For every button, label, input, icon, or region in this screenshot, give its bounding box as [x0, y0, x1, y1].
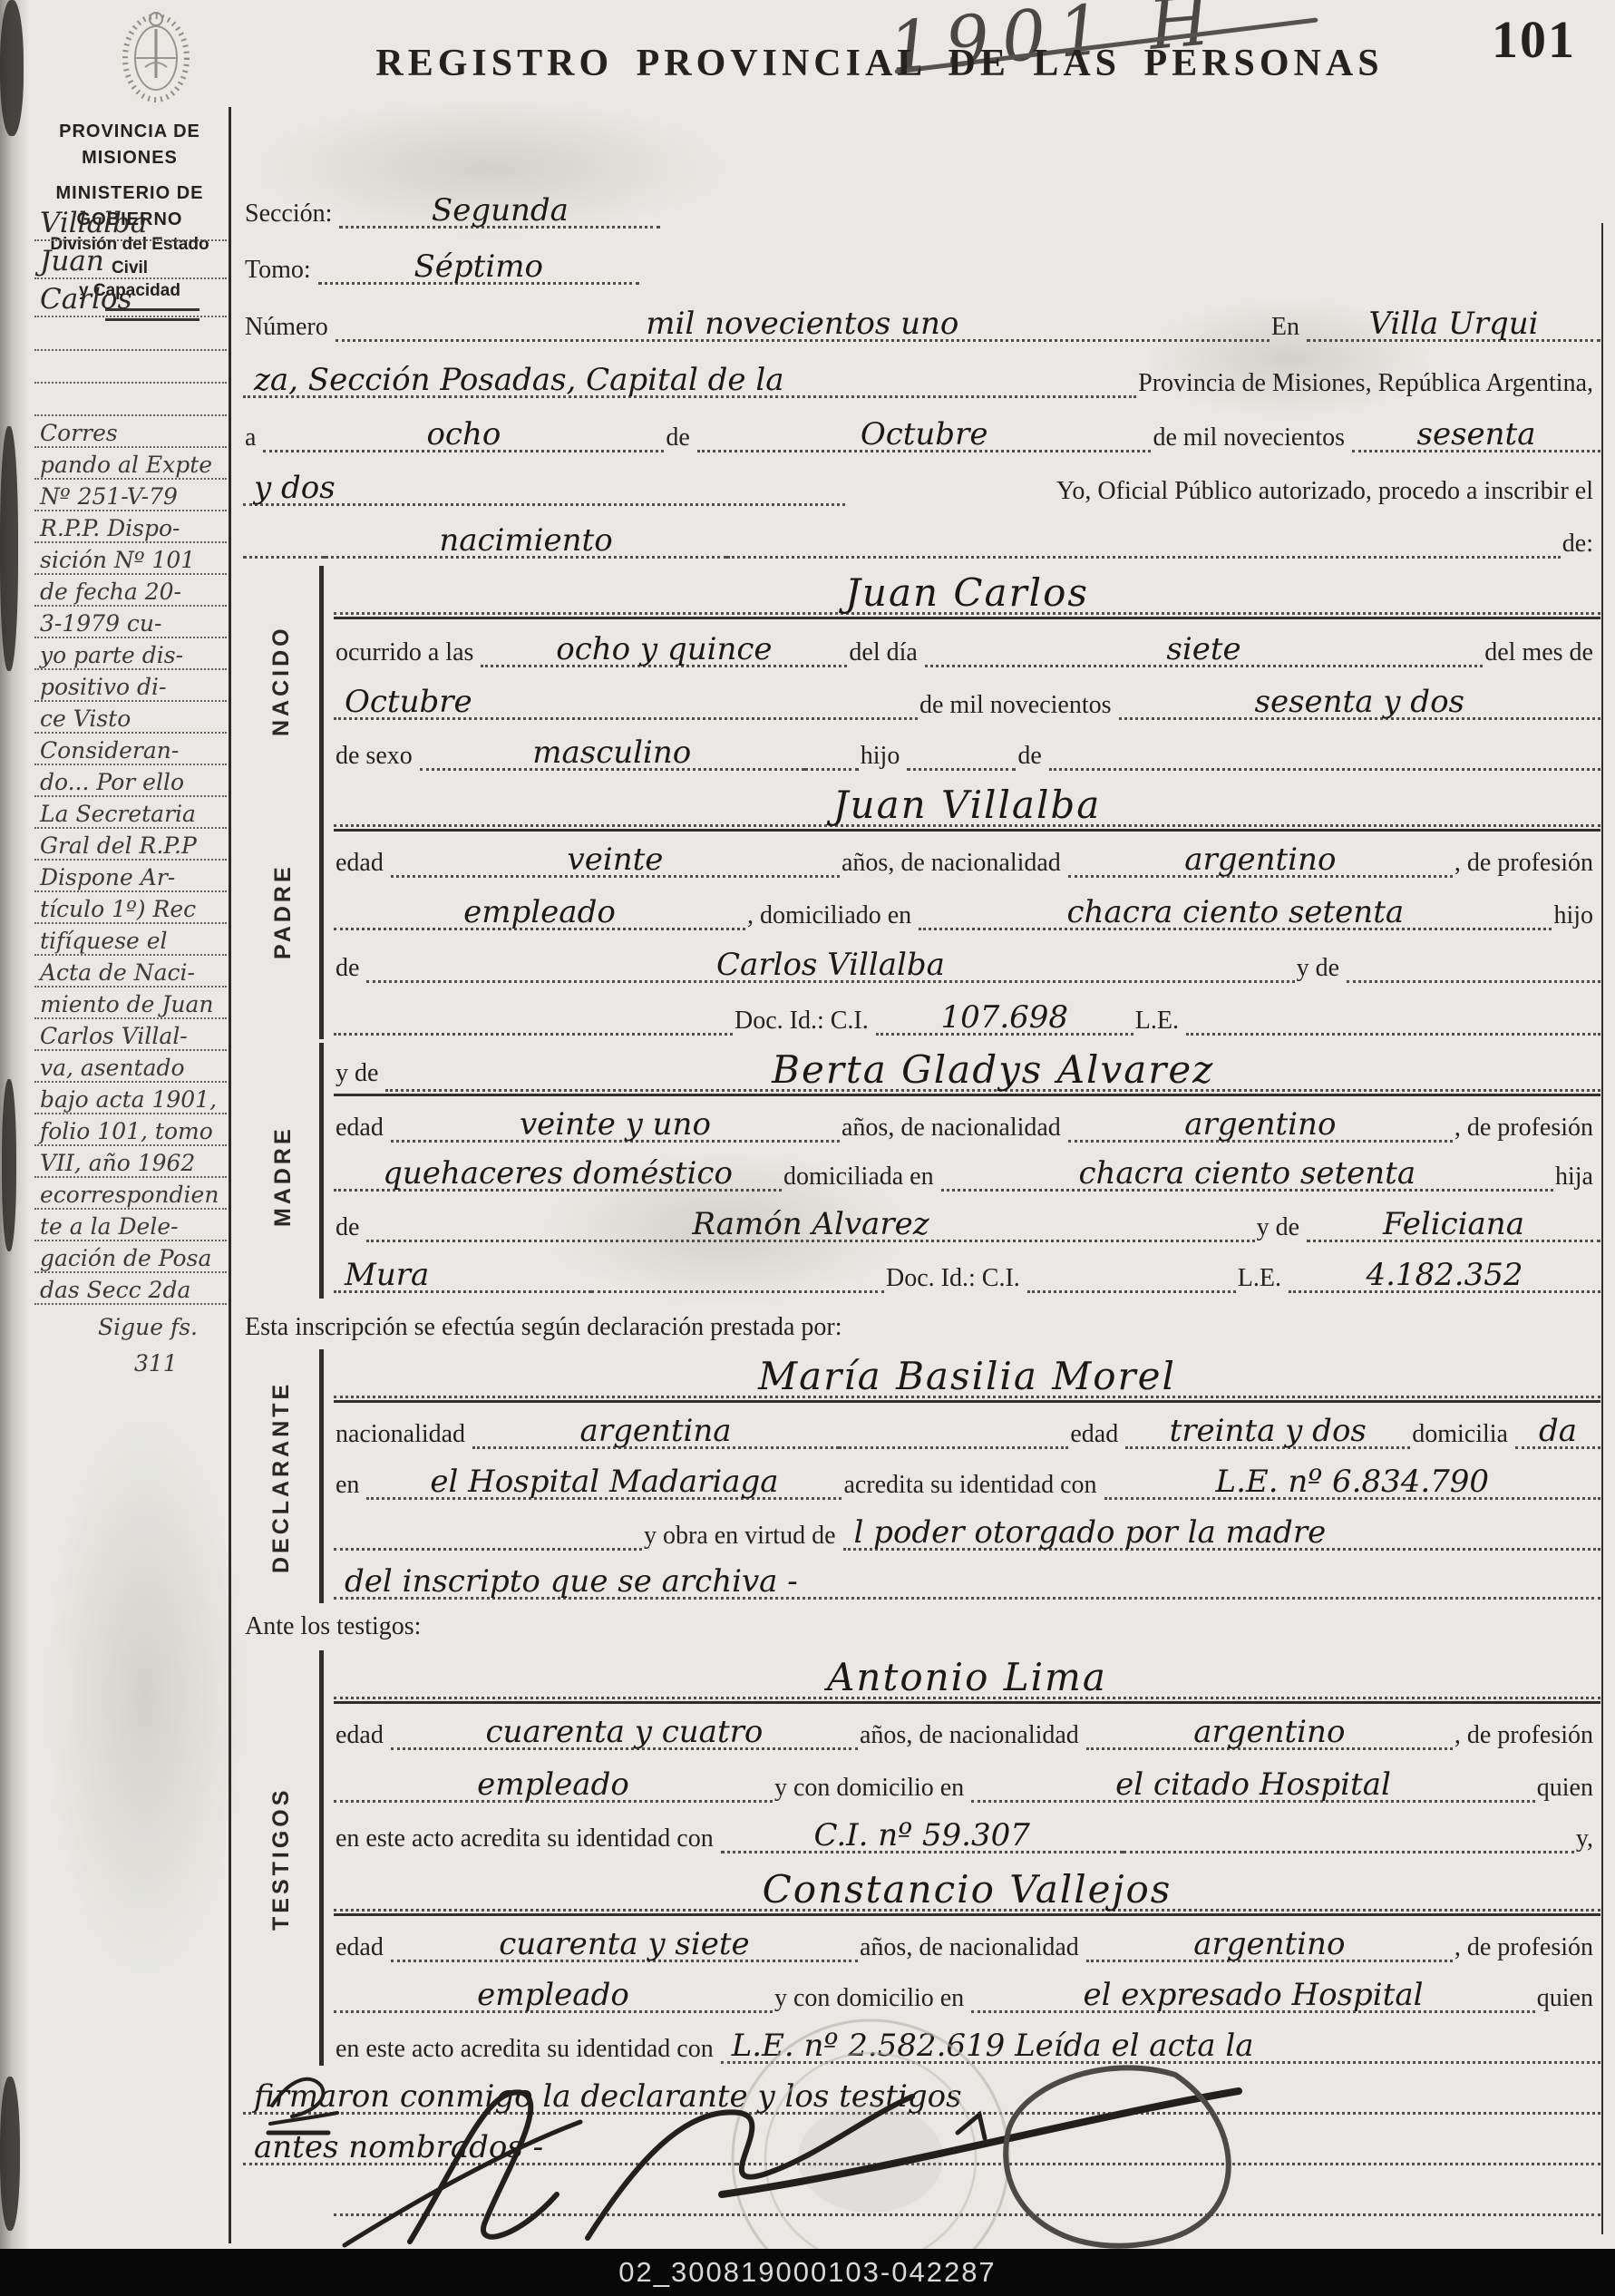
maternal-grandfather-value: Ramón Alvarez	[366, 1209, 1254, 1242]
maternal-grandmother-value-part1: Feliciana	[1307, 1209, 1600, 1242]
row-signature-line	[334, 2169, 1600, 2216]
dotted-fill	[1347, 980, 1600, 983]
dotted-fill	[243, 556, 325, 559]
row-numero: Número mil novecientos uno En Villa Urqu…	[243, 295, 1600, 342]
nacionalidad-label: años, de nacionalidad	[858, 1722, 1086, 1750]
row-father-name: Juan Villalba	[334, 774, 1600, 827]
row-closing-line1: firmaron conmigo la declarante y los tes…	[243, 2067, 1600, 2115]
profesion-label: , de profesión	[1453, 1114, 1600, 1143]
de-mil-novecientos-label: de mil novecientos	[918, 692, 1119, 720]
day-value: ocho	[263, 419, 664, 452]
scanned-birth-certificate: 101 1901 H REGISTRO PROVINCIAL DE LAS PE…	[0, 0, 1615, 2296]
document-title: REGISTRO PROVINCIAL DE LAS PERSONAS	[290, 42, 1469, 85]
profesion-label: , de profesión	[1453, 1722, 1600, 1750]
section-label-padre: PADRE	[270, 798, 297, 1025]
a-label: a	[243, 424, 263, 452]
row-witness2-name: Constancio Vallejos	[334, 1859, 1600, 1912]
row-declarant-authority: y obra en virtud de l poder otorgado por…	[334, 1503, 1600, 1551]
de-colon-label: de:	[1561, 530, 1600, 559]
witnesses-intro-label: Ante los testigos:	[243, 1613, 428, 1641]
margin-note: bajo acta 1901,	[34, 1083, 227, 1114]
dotted-fill	[907, 768, 1016, 771]
profesion-label: , de profesión	[1453, 850, 1600, 878]
margin-note: Acta de Naci-	[34, 956, 227, 987]
declarant-domicile-value: el Hospital Madariaga	[366, 1466, 842, 1500]
declaration-intro-label: Esta inscripción se efectúa según declar…	[243, 1314, 850, 1342]
row-birth-time: ocurrido a las ocho y quince del día sie…	[334, 620, 1600, 667]
margin-note: de fecha 20-	[34, 575, 227, 607]
section-label-declarante: DECLARANTE	[268, 1351, 295, 1603]
le-label: L.E.	[1133, 1007, 1186, 1036]
del-mes-label: del mes de	[1483, 639, 1600, 667]
row-witness1-document: en este acto acredita su identidad con C…	[334, 1806, 1600, 1853]
row-witness1-age-nationality: edad cuarenta y cuatro años, de nacional…	[334, 1703, 1600, 1750]
row-mother-age-nationality: edad veinte y uno años, de nacionalidad …	[334, 1095, 1600, 1143]
scan-blotch	[0, 426, 18, 671]
acredita-label: acredita su identidad con	[842, 1472, 1104, 1500]
margin-note: Consideran-	[34, 734, 227, 765]
year-value-part1: sesenta	[1352, 419, 1600, 452]
dotted-fill	[334, 2213, 1600, 2216]
padre-section-bar	[319, 778, 324, 1039]
row-witness1-name: Antonio Lima	[334, 1647, 1600, 1699]
margin-note: tículo 1º) Rec	[34, 892, 227, 924]
closing-statement2-value: antes nombrados -	[243, 2132, 736, 2165]
margin-note: VII, año 1962	[34, 1146, 227, 1178]
de-sexo-label: de sexo	[334, 743, 420, 771]
margin-note: Gral del R.P.P	[34, 829, 227, 861]
margin-note: folio 101, tomo	[34, 1114, 227, 1146]
name-double-rule	[334, 617, 1600, 619]
margin-note: gación de Posa	[34, 1241, 227, 1273]
nacido-section-bar	[319, 566, 324, 782]
mother-le-value: 4.182.352	[1289, 1260, 1600, 1293]
tomo-value: Séptimo	[318, 251, 639, 285]
margin-note: Corres	[34, 416, 227, 448]
margin-note: do... Por ello	[34, 765, 227, 797]
witness2-nationality-value: argentino	[1086, 1929, 1453, 1962]
section-label-testigos: TESTIGOS	[268, 1723, 295, 1995]
en-label: en	[334, 1472, 366, 1500]
ocurrido-label: ocurrido a las	[334, 639, 481, 667]
hijo-label: hijo	[1552, 902, 1600, 930]
tomo-label: Tomo:	[243, 257, 318, 285]
dotted-fill	[1027, 1290, 1236, 1293]
numero-value: mil novecientos uno	[336, 308, 1270, 342]
birth-day-value: siete	[925, 634, 1483, 667]
mother-age-value: veinte y uno	[391, 1109, 840, 1143]
row-mother-document: Mura Doc. Id.: C.I. L.E. 4.182.352	[334, 1246, 1600, 1293]
mother-name-value: Berta Gladys Alvarez	[385, 1051, 1600, 1092]
edad-label: edad	[334, 1722, 391, 1750]
province-label: Provincia de Misiones, República Argenti…	[1136, 370, 1600, 398]
row-mother-grandparents: de Ramón Alvarez y de Feliciana	[334, 1195, 1600, 1242]
scan-blotch	[0, 2077, 20, 2231]
dotted-fill	[1124, 1851, 1574, 1853]
maternal-grandmother-value-part2: Mura	[334, 1260, 591, 1293]
de-label: de	[664, 424, 696, 452]
scan-blotch	[0, 0, 24, 136]
row-declaration-intro: Esta inscripción se efectúa según declar…	[243, 1295, 1600, 1342]
hijo-label: hijo	[859, 743, 908, 771]
declarant-age-value: treinta y dos	[1125, 1416, 1410, 1449]
year-value-part2: y dos	[243, 472, 845, 506]
margin-note: 3-1979 cu-	[34, 607, 227, 638]
hija-label: hija	[1553, 1163, 1600, 1192]
dotted-fill	[727, 556, 1561, 559]
domicilia-suffix-value: da	[1515, 1416, 1600, 1449]
page-number: 101	[1492, 9, 1576, 70]
margin-note: R.P.P. Dispo-	[34, 511, 227, 543]
row-year-official: y dos Yo, Oficial Público autorizado, pr…	[243, 459, 1600, 506]
row-witnesses-intro: Ante los testigos:	[243, 1594, 1600, 1641]
father-name-value: Juan Villalba	[334, 786, 1600, 827]
domiciliada-label: domiciliada en	[782, 1163, 941, 1192]
margin-note: Carlos Villal-	[34, 1019, 227, 1051]
margin-note: 311	[34, 1345, 227, 1377]
declarante-section-bar	[319, 1349, 324, 1603]
row-father-age-nationality: edad veinte años, de nacionalidad argent…	[334, 831, 1600, 878]
seccion-label: Sección:	[243, 200, 339, 229]
margin-note: ecorrespondien	[34, 1178, 227, 1210]
margin-note: miento de Juan	[34, 987, 227, 1019]
dotted-fill	[1186, 1033, 1600, 1036]
section-label-nacido: NACIDO	[268, 586, 295, 776]
del-dia-label: del día	[847, 639, 924, 667]
margin-note: Nº 251-V-79	[34, 480, 227, 511]
margin-name-line: Villalba	[34, 205, 227, 241]
witness2-document-value: L.E. nº 2.582.619 Leída el acta la	[721, 2030, 1600, 2064]
declarant-document-value: L.E. nº 6.834.790	[1104, 1466, 1600, 1500]
row-date: a ocho de Octubre de mil novecientos ses…	[243, 405, 1600, 452]
witness1-nationality-value: argentino	[1086, 1717, 1453, 1750]
father-nationality-value: argentino	[1068, 844, 1453, 878]
con-domicilio-label: y con domicilio en	[773, 1775, 971, 1803]
margin-note: das Secc 2da	[34, 1273, 227, 1305]
y-de-label: y de	[1295, 955, 1347, 983]
edad-label: edad	[1068, 1421, 1125, 1449]
father-domicile-value: chacra ciento setenta	[919, 897, 1552, 930]
witness1-document-value: C.I. nº 59.307	[721, 1820, 1124, 1853]
row-event-type: nacimiento de:	[243, 511, 1600, 559]
quien-label: quien	[1535, 1775, 1600, 1803]
margin-note: yo parte dis-	[34, 638, 227, 670]
dotted-fill	[804, 768, 859, 771]
nacionalidad-label: años, de nacionalidad	[840, 1114, 1068, 1143]
margin-empty-line	[34, 384, 227, 416]
row-seccion: Sección: Segunda	[243, 181, 1600, 229]
witness1-domicile-value: el citado Hospital	[971, 1769, 1535, 1803]
row-tomo: Tomo: Séptimo	[243, 238, 1600, 285]
dotted-fill	[334, 1548, 642, 1551]
margin-note: tifíquese el	[34, 924, 227, 956]
witness1-name-value: Antonio Lima	[334, 1659, 1600, 1699]
doc-id-ci-label: Doc. Id.: C.I.	[884, 1265, 1027, 1293]
margin-name-line: Juan	[34, 243, 227, 279]
paternal-grandfather-value: Carlos Villalba	[366, 949, 1294, 983]
y-de-label: y de	[1255, 1214, 1307, 1242]
margin-note: va, asentado	[34, 1051, 227, 1083]
witness1-profession-value: empleado	[334, 1769, 773, 1803]
con-domicilio-label: y con domicilio en	[773, 1985, 971, 2013]
mother-nationality-value: argentino	[1068, 1109, 1453, 1143]
province-name: PROVINCIA DE MISIONES	[33, 119, 227, 171]
margin-note: Dispone Ar-	[34, 861, 227, 892]
seccion-value: Segunda	[339, 195, 660, 229]
row-place-continuation: za, Sección Posadas, Capital de la Provi…	[243, 351, 1600, 398]
right-edge-rule	[1601, 223, 1603, 2234]
row-child-name: Juan Carlos	[334, 562, 1600, 615]
margin-note: pando al Expte	[34, 448, 227, 480]
place-value-line2: za, Sección Posadas, Capital de la	[243, 365, 1136, 398]
place-value-line1: Villa Urqui	[1307, 308, 1600, 342]
nacionalidad-label: años, de nacionalidad	[858, 1934, 1086, 1962]
row-declarant-domicile-id: en el Hospital Madariaga acredita su ide…	[334, 1453, 1600, 1500]
row-father-profession-domicile: empleado , domiciliado en chacra ciento …	[334, 883, 1600, 930]
scan-smudge	[45, 1415, 245, 1977]
mother-domicile-value: chacra ciento setenta	[941, 1158, 1553, 1192]
de-label: de	[334, 955, 366, 983]
obra-en-virtud-label: y obra en virtud de	[642, 1523, 843, 1551]
sex-value: masculino	[420, 737, 804, 771]
father-ci-value: 107.698	[876, 1002, 1133, 1036]
y-label: y,	[1574, 1825, 1600, 1853]
witness1-age-value: cuarenta y cuatro	[391, 1717, 858, 1750]
de-label: de	[1016, 743, 1048, 771]
section-label-madre: MADRE	[270, 1063, 297, 1289]
margin-name-line: Carlos	[34, 281, 227, 317]
row-mother-profession-domicile: quehaceres doméstico domiciliada en chac…	[334, 1144, 1600, 1192]
de-mil-novecientos-label: de mil novecientos	[1151, 424, 1352, 452]
dotted-fill	[334, 1033, 733, 1036]
row-witness2-document: en este acto acredita su identidad con L…	[334, 2017, 1600, 2064]
margin-divider-line	[229, 107, 231, 2243]
birth-time-value: ocho y quince	[481, 634, 847, 667]
margin-note: ce Visto	[34, 702, 227, 734]
edad-label: edad	[334, 850, 391, 878]
numero-label: Número	[243, 314, 336, 342]
domicilia-label: domicilia	[1410, 1421, 1515, 1449]
doc-id-ci-label: Doc. Id.: C.I.	[733, 1007, 876, 1036]
acredita-identidad-label: en este acto acredita su identidad con	[334, 1825, 721, 1853]
quien-label: quien	[1535, 1985, 1600, 2013]
profesion-label: , de profesión	[1453, 1934, 1600, 1962]
scan-blotch	[2, 1079, 16, 1251]
margin-note: sición Nº 101	[34, 543, 227, 575]
month-value: Octubre	[697, 419, 1152, 452]
row-father-grandfather: de Carlos Villalba y de	[334, 936, 1600, 983]
margin-note: Sigue fs.	[34, 1309, 227, 1340]
row-mother-name: y de Berta Gladys Alvarez	[334, 1039, 1600, 1092]
father-age-value: veinte	[391, 844, 840, 878]
birth-year-value: sesenta y dos	[1119, 686, 1600, 720]
father-profession-value: empleado	[334, 897, 745, 930]
witness2-name-value: Constancio Vallejos	[334, 1871, 1600, 1912]
edad-label: edad	[334, 1114, 391, 1143]
mother-profession-value: quehaceres doméstico	[334, 1158, 782, 1192]
testigos-section-bar	[319, 1650, 324, 2066]
madre-section-bar	[319, 1043, 324, 1299]
dotted-fill	[839, 1446, 1068, 1449]
dotted-fill	[1049, 768, 1600, 771]
row-declarant-archive: del inscripto que se archiva -	[334, 1552, 1600, 1600]
en-label: En	[1270, 314, 1307, 342]
dotted-fill	[736, 2163, 1600, 2165]
acredita-identidad-label: en este acto acredita su identidad con	[334, 2036, 721, 2064]
margin-note: positivo di-	[34, 670, 227, 702]
official-statement-label: Yo, Oficial Público autorizado, procedo …	[1055, 478, 1600, 506]
witness2-profession-value: empleado	[334, 1980, 773, 2013]
footer-code: 02_300819000103-042287	[618, 2256, 996, 2289]
birth-month-value: Octubre	[334, 686, 918, 720]
event-type-value: nacimiento	[325, 525, 727, 559]
row-witness2-age-nationality: edad cuarenta y siete años, de nacionali…	[334, 1915, 1600, 1962]
row-sex: de sexo masculino hijo de	[334, 724, 1600, 771]
row-declarant-nationality-age: nacionalidad argentina edad treinta y do…	[334, 1402, 1600, 1449]
declarant-name-value: María Basilia Morel	[334, 1357, 1600, 1398]
margin-empty-line	[34, 352, 227, 384]
margin-empty-line	[34, 319, 227, 351]
dotted-fill	[591, 1290, 884, 1293]
margin-note: te a la Dele-	[34, 1210, 227, 1241]
poder-value: l poder otorgado por la madre	[843, 1517, 1601, 1551]
child-name-value: Juan Carlos	[334, 574, 1600, 615]
le-label: L.E.	[1236, 1265, 1289, 1293]
witness2-domicile-value: el expresado Hospital	[971, 1980, 1535, 2013]
row-witness2-profession-domicile: empleado y con domicilio en el expresado…	[334, 1966, 1600, 2013]
footer-code-bar: 02_300819000103-042287	[0, 2249, 1615, 2296]
declarant-nationality-value: argentina	[472, 1416, 839, 1449]
margin-note: La Secretaria	[34, 797, 227, 829]
edad-label: edad	[334, 1934, 391, 1962]
nacionalidad-label: años, de nacionalidad	[840, 850, 1068, 878]
row-declarant-name: María Basilia Morel	[334, 1346, 1600, 1398]
closing-statement-value: firmaron conmigo la declarante y los tes…	[243, 2081, 1600, 2115]
row-witness1-profession-domicile: empleado y con domicilio en el citado Ho…	[334, 1756, 1600, 1803]
de-label: de	[334, 1214, 366, 1242]
nacionalidad-label: nacionalidad	[334, 1421, 472, 1449]
coat-of-arms-icon	[109, 5, 204, 105]
row-birth-month-year: Octubre de mil novecientos sesenta y dos	[334, 673, 1600, 720]
row-closing-line2: antes nombrados -	[243, 2118, 1600, 2165]
domiciliado-label: , domiciliado en	[745, 902, 919, 930]
witness2-age-value: cuarenta y siete	[391, 1929, 858, 1962]
y-de-label: y de	[334, 1060, 385, 1092]
row-father-document: Doc. Id.: C.I. 107.698 L.E.	[334, 988, 1600, 1036]
